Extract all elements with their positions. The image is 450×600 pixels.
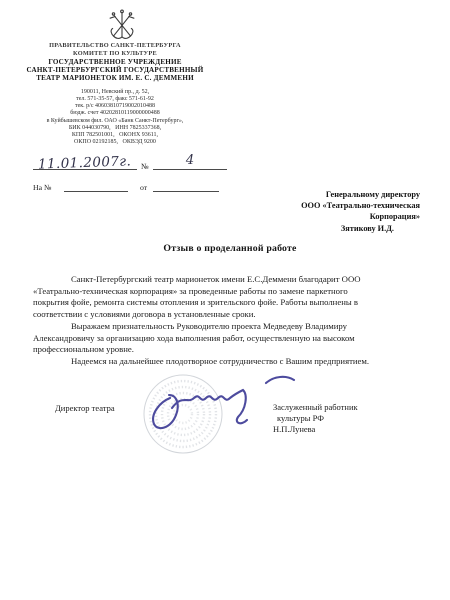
document-title: Отзыв о проделанной работе — [30, 243, 430, 254]
number-sign-label: № — [141, 162, 149, 171]
address-line: в Куйбышевском фил. ОАО «Банк Санкт-Пете… — [10, 118, 220, 125]
body-line: Надеемся на дальнейшее плодотворное сотр… — [33, 356, 430, 368]
addressee-line: Корпорация» — [230, 211, 420, 222]
address-line: ОКПО 02192185, ОКВЭД 9200 — [10, 139, 220, 146]
org-line: ТЕАТР МАРИОНЕТОК ИМ. Е. С. ДЕММЕНИ — [15, 74, 215, 82]
reference-ot-label: от — [140, 183, 147, 192]
addressee-block: Генеральному директору ООО «Театрально-т… — [230, 189, 420, 234]
reference-number-field — [64, 181, 128, 192]
scanned-letter-page: ПРАВИТЕЛЬСТВО САНКТ-ПЕТЕРБУРГА КОМИТЕТ П… — [0, 0, 450, 600]
signer-honor-line: Заслуженный работник — [273, 402, 358, 413]
body-line: профессиональном уровне. — [33, 344, 430, 356]
body-line: Санкт-Петербургский театр марионеток име… — [33, 274, 430, 286]
body-line: Александровичу за организацию хода выпол… — [33, 333, 430, 345]
signer-credentials-block: Заслуженный работник культуры РФ Н.П.Лун… — [273, 402, 358, 436]
addressee-line: ООО «Театрально-техническая — [230, 200, 420, 211]
org-line: САНКТ-ПЕТЕРБУРГСКИЙ ГОСУДАРСТВЕННЫЙ — [15, 66, 215, 74]
letter-body: Санкт-Петербургский театр марионеток име… — [33, 274, 430, 368]
body-line: Выражаем признательность Руководителю пр… — [33, 321, 430, 333]
handwritten-number: 4 — [186, 153, 194, 168]
date-field: 11.01.2007г. — [33, 154, 137, 170]
letterhead-org-block: ПРАВИТЕЛЬСТВО САНКТ-ПЕТЕРБУРГА КОМИТЕТ П… — [15, 42, 215, 82]
org-line: КОМИТЕТ ПО КУЛЬТУРЕ — [15, 50, 215, 58]
address-line: КПП 782501001, ОКОНХ 93611, — [10, 132, 220, 139]
body-line: соответствии с условиями договора в уста… — [33, 309, 430, 321]
address-line: бюдж. счет 40202810119000000488 — [10, 110, 220, 117]
letterhead-address-block: 190011, Невский пр., д. 52, тел. 571-35-… — [10, 89, 220, 146]
spb-coat-of-arms-icon — [104, 8, 140, 42]
handwritten-date: 11.01.2007г. — [38, 153, 132, 172]
signer-name: Н.П.Лунева — [273, 424, 358, 435]
body-line: покрытия фойе, ремонта системы отопления… — [33, 297, 430, 309]
body-line: «Театрально-техническая корпорация» за п… — [33, 286, 430, 298]
reference-na-label: На № — [33, 183, 51, 192]
address-line: тел. 571-35-57, факс 571-61-92 — [10, 96, 220, 103]
signer-honor-line: культуры РФ — [273, 413, 358, 424]
reference-date-field — [153, 181, 219, 192]
outgoing-number-field: 4 — [153, 151, 227, 170]
org-line: ГОСУДАРСТВЕННОЕ УЧРЕЖДЕНИЕ — [15, 58, 215, 66]
address-line: БИК 044030790, ИНН 7825337368, — [10, 125, 220, 132]
addressee-name: Зятикову И.Д. — [230, 223, 420, 234]
addressee-line: Генеральному директору — [230, 189, 420, 200]
org-line: ПРАВИТЕЛЬСТВО САНКТ-ПЕТЕРБУРГА — [15, 42, 215, 50]
signer-position-label: Директор театра — [55, 403, 115, 413]
